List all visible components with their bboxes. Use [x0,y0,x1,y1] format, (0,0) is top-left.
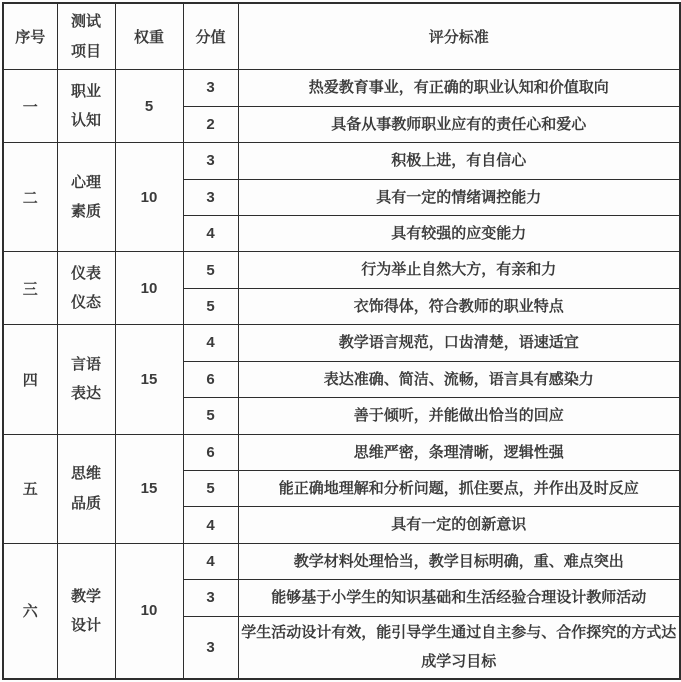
criteria-cell: 具有一定的创新意识 [238,507,680,543]
score-cell: 3 [183,179,238,215]
criteria-cell: 行为举止自然大方，有亲和力 [238,252,680,288]
score-cell: 6 [183,361,238,397]
section-number: 六 [3,543,57,679]
score-cell: 5 [183,470,238,506]
section-item: 心理素质 [57,143,115,252]
section-number: 五 [3,434,57,543]
table-row: 六 教学设计 10 4 教学材料处理恰当，教学目标明确，重、难点突出 [3,543,680,579]
table-row: 一 职业认知 5 3 热爱教育事业，有正确的职业认知和价值取向 [3,70,680,106]
criteria-cell: 教学材料处理恰当，教学目标明确，重、难点突出 [238,543,680,579]
criteria-cell: 积极上进，有自信心 [238,143,680,179]
header-weight: 权重 [115,3,183,70]
score-cell: 4 [183,325,238,361]
score-cell: 5 [183,252,238,288]
criteria-cell: 具有较强的应变能力 [238,215,680,251]
section-number: 三 [3,252,57,325]
score-cell: 3 [183,143,238,179]
section-weight: 5 [115,70,183,143]
section-item: 仪表仪态 [57,252,115,325]
criteria-cell: 衣饰得体，符合教师的职业特点 [238,288,680,324]
section-item-label: 教学设计 [71,582,101,641]
score-cell: 4 [183,543,238,579]
criteria-cell: 教学语言规范，口齿清楚，语速适宜 [238,325,680,361]
page: 序号 测试项目 权重 分值 评分标准 一 职业认知 5 3 热爱教育事业，有正确… [0,0,681,682]
rubric-table: 序号 测试项目 权重 分值 评分标准 一 职业认知 5 3 热爱教育事业，有正确… [2,2,681,680]
section-weight: 15 [115,325,183,434]
criteria-cell: 思维严密，条理清晰，逻辑性强 [238,434,680,470]
section-item: 思维品质 [57,434,115,543]
section-item-label: 言语表达 [71,350,101,409]
score-cell: 3 [183,616,238,679]
section-item-label: 思维品质 [71,459,101,518]
section-item: 教学设计 [57,543,115,679]
table-row: 五 思维品质 15 6 思维严密，条理清晰，逻辑性强 [3,434,680,470]
score-cell: 3 [183,580,238,616]
criteria-cell: 具备从事教师职业应有的责任心和爱心 [238,106,680,142]
section-weight: 10 [115,143,183,252]
section-weight: 10 [115,252,183,325]
score-cell: 4 [183,507,238,543]
header-test-item-label: 测试项目 [71,7,101,66]
section-number: 四 [3,325,57,434]
header-number: 序号 [3,3,57,70]
score-cell: 4 [183,215,238,251]
section-item-label: 心理素质 [71,168,101,227]
table-row: 二 心理素质 10 3 积极上进，有自信心 [3,143,680,179]
criteria-cell: 善于倾听，并能做出恰当的回应 [238,398,680,434]
section-weight: 10 [115,543,183,679]
score-cell: 5 [183,398,238,434]
header-score: 分值 [183,3,238,70]
section-number: 一 [3,70,57,143]
score-cell: 6 [183,434,238,470]
criteria-cell: 具有一定的情绪调控能力 [238,179,680,215]
section-item-label: 仪表仪态 [71,259,101,318]
score-cell: 2 [183,106,238,142]
section-item: 言语表达 [57,325,115,434]
criteria-cell: 学生活动设计有效，能引导学生通过自主参与、合作探究的方式达成学习目标 [238,616,680,679]
score-cell: 5 [183,288,238,324]
criteria-cell: 能够基于小学生的知识基础和生活经验合理设计教师活动 [238,580,680,616]
section-weight: 15 [115,434,183,543]
criteria-cell: 热爱教育事业，有正确的职业认知和价值取向 [238,70,680,106]
section-number: 二 [3,143,57,252]
table-row: 三 仪表仪态 10 5 行为举止自然大方，有亲和力 [3,252,680,288]
table-header-row: 序号 测试项目 权重 分值 评分标准 [3,3,680,70]
header-test-item: 测试项目 [57,3,115,70]
header-criteria: 评分标准 [238,3,680,70]
section-item-label: 职业认知 [71,77,101,136]
score-cell: 3 [183,70,238,106]
section-item: 职业认知 [57,70,115,143]
table-row: 四 言语表达 15 4 教学语言规范，口齿清楚，语速适宜 [3,325,680,361]
criteria-cell: 能正确地理解和分析问题，抓住要点，并作出及时反应 [238,470,680,506]
criteria-cell: 表达准确、简洁、流畅，语言具有感染力 [238,361,680,397]
